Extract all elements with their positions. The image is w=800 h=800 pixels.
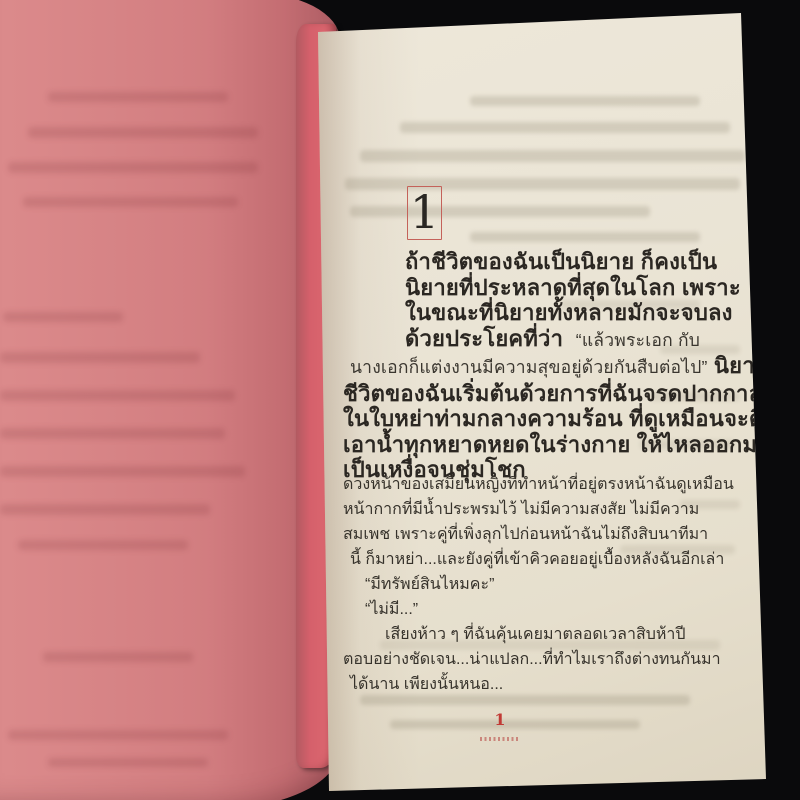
bleed-through-line [48,92,228,102]
dialogue-line: “ไม่มี...” [343,597,734,622]
bleed-through-line [0,352,200,363]
bleed-through-line [28,127,258,138]
left-page [0,0,340,800]
bleed-through-line [23,197,238,207]
text-line: สมเพช เพราะคู่ที่เพิ่งลุกไปก่อนหน้าฉันไม… [343,522,734,547]
chapter-number-box: 1 [407,186,442,240]
dialogue-line: “มีทรัพย์สินไหมคะ” [343,572,734,597]
chapter-number: 1 [410,189,439,235]
footer-imprint-mark [480,737,518,741]
text-line: ดวงหน้าของเสมียนหญิงที่ทำหน้าที่อยู่ตรงห… [343,472,734,497]
bleed-through-line [48,758,208,767]
opening-paragraph: ถ้าชีวิตของฉันเป็นนิยาย ก็คงเป็น นิยายที… [343,249,775,483]
text-line: ได้นาน เพียงนั้นหนอ... [343,672,734,697]
text-line: ในขณะที่นิยายทั้งหลายมักจะจบลง [343,300,775,326]
page-number: 1 [490,710,510,729]
text-line: ในใบหย่าท่ามกลางความร้อน ที่ดูเหมือนจะดึ… [343,406,775,432]
bleed-through-line [350,206,650,217]
text-line: นิยายที่ประหลาดที่สุดในโลก เพราะ [343,275,775,301]
bleed-through-line [0,504,210,515]
text-line: ตอบอย่างชัดเจน...น่าแปลก...ที่ทำไมเราถึง… [343,647,734,672]
bleed-through-line [43,652,193,662]
text-line: ด้วยประโยคที่ว่า “แล้วพระเอก กับ [343,326,775,354]
bleed-through-line [8,730,228,740]
text-line: เสียงห้าว ๆ ที่ฉันคุ้นเคยมาตลอดเวลาสิบห้… [343,622,734,647]
text-line: นางเอกก็แต่งงานมีความสุขอยู่ด้วยกันสืบต่… [343,353,775,381]
bleed-through-line [470,96,700,106]
text-line: หน้ากากที่มีน้ำประพรมไว้ ไม่มีความสงสัย … [343,497,734,522]
bleed-through-line [3,312,123,322]
bleed-through-line [470,232,700,242]
body-paragraph: ดวงหน้าของเสมียนหญิงที่ทำหน้าที่อยู่ตรงห… [343,472,734,697]
bleed-through-line [18,540,188,550]
book-photo: 1 ถ้าชีวิตของฉันเป็นนิยาย ก็คงเป็น นิยาย… [0,0,800,800]
bleed-through-line [345,178,740,190]
text-line: นี้ ก็มาหย่า...และยังคู่ที่เข้าคิวคอยอยู… [343,547,734,572]
bleed-through-line [390,720,640,729]
text-line: เอาน้ำทุกหยาดหยดในร่างกาย ให้ไหลออกมา [343,432,775,458]
bleed-through-line [0,466,245,477]
bleed-through-line [0,428,225,439]
bleed-through-line [360,150,745,162]
text-line: ชีวิตของฉันเริ่มต้นด้วยการที่ฉันจรดปากกา… [343,381,775,407]
bleed-through-line [0,390,235,401]
text-line: ถ้าชีวิตของฉันเป็นนิยาย ก็คงเป็น [343,249,775,275]
bleed-through-line [8,162,258,173]
bleed-through-line [400,122,730,133]
